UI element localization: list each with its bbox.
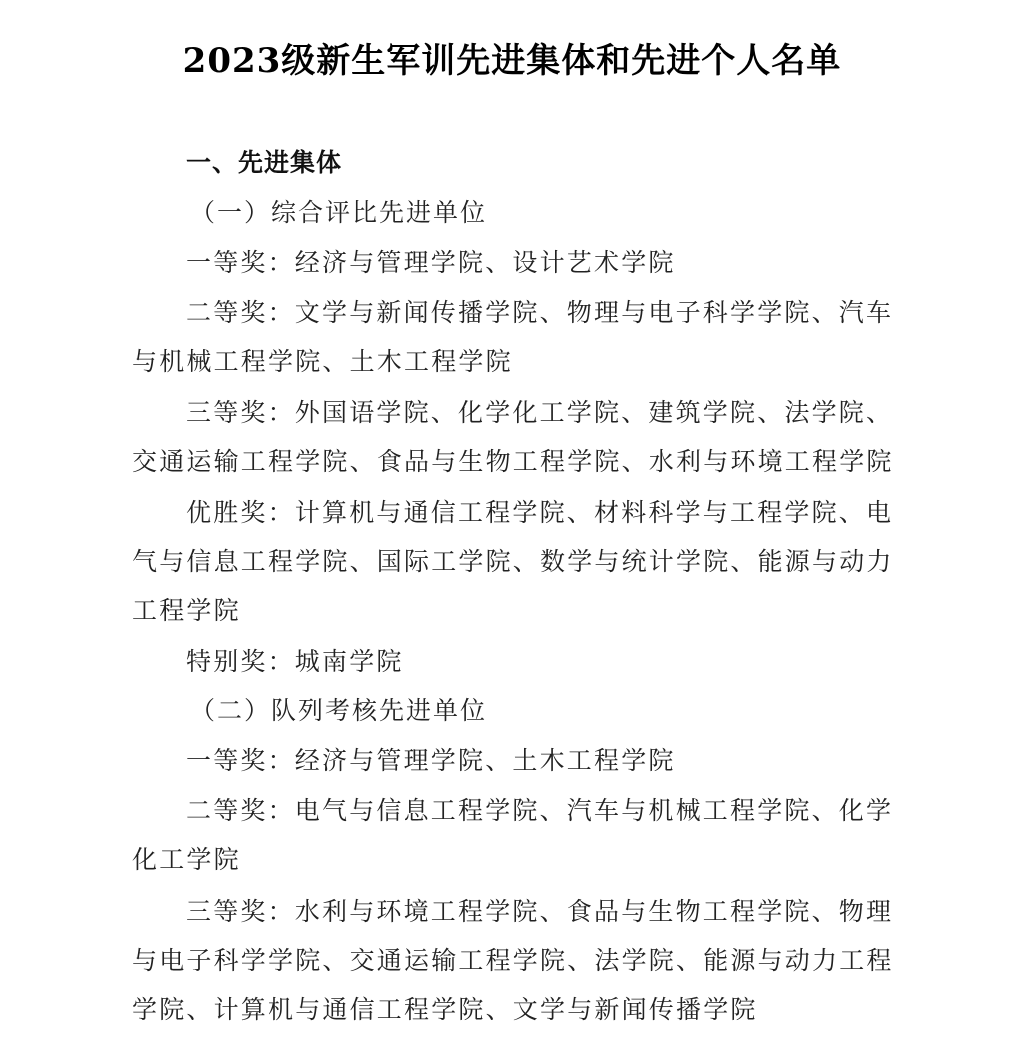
drill-third-prize-line-2: 与电子科学学院、交通运输工程学院、法学院、能源与动力工程 [132,944,894,978]
comprehensive-third-prize-line-2: 交通运输工程学院、食品与生物工程学院、水利与环境工程学院 [132,445,894,479]
document-title: 2023级新生军训先进集体和先进个人名单 [0,36,1024,86]
drill-first-prize: 一等奖：经济与管理学院、土木工程学院 [186,744,676,778]
comprehensive-second-prize-line-2: 与机械工程学院、土木工程学院 [132,345,513,379]
drill-third-prize-line-1: 三等奖：水利与环境工程学院、食品与生物工程学院、物理 [186,895,893,929]
comprehensive-merit-prize-line-3: 工程学院 [132,594,241,628]
drill-second-prize-line-1: 二等奖：电气与信息工程学院、汽车与机械工程学院、化学 [186,794,893,828]
subsection-heading-comprehensive: （一）综合评比先进单位 [190,196,487,230]
comprehensive-special-prize: 特别奖：城南学院 [186,645,404,679]
comprehensive-second-prize-line-1: 二等奖：文学与新闻传播学院、物理与电子科学学院、汽车 [186,296,893,330]
document-page: 2023级新生军训先进集体和先进个人名单 一、先进集体 （一）综合评比先进单位 … [0,0,1024,1064]
section-heading-advanced-collectives: 一、先进集体 [186,146,342,180]
subsection-heading-drill: （二）队列考核先进单位 [190,694,487,728]
comprehensive-third-prize-line-1: 三等奖：外国语学院、化学化工学院、建筑学院、法学院、 [186,396,893,430]
comprehensive-merit-prize-line-2: 气与信息工程学院、国际工学院、数学与统计学院、能源与动力 [132,545,894,579]
comprehensive-merit-prize-line-1: 优胜奖：计算机与通信工程学院、材料科学与工程学院、电 [186,496,893,530]
drill-second-prize-line-2: 化工学院 [132,843,241,877]
drill-third-prize-line-3: 学院、计算机与通信工程学院、文学与新闻传播学院 [132,993,758,1027]
comprehensive-first-prize: 一等奖：经济与管理学院、设计艺术学院 [186,246,676,280]
